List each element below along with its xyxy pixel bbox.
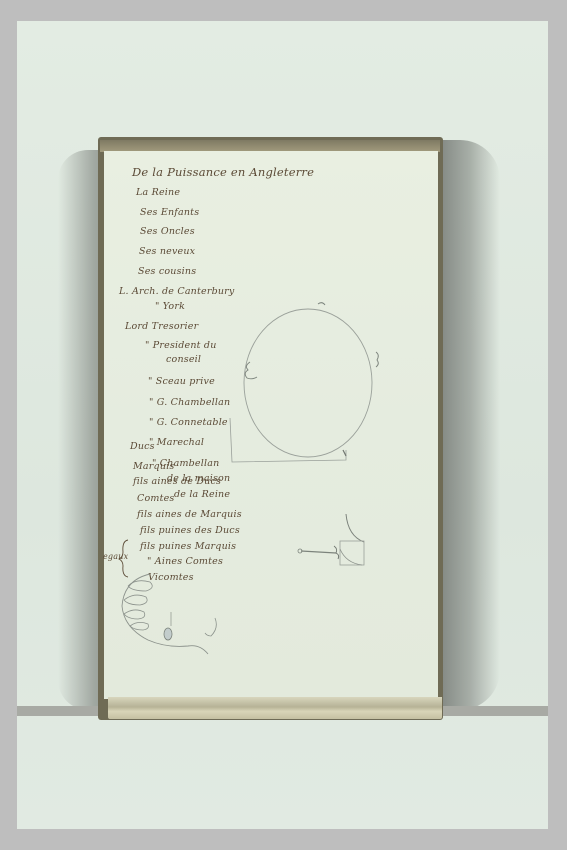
bracket-label: egaux	[103, 552, 128, 561]
handwritten-line: Ses Oncles	[140, 226, 195, 237]
handwritten-line: " Sceau prive	[148, 376, 215, 387]
handwritten-line: " G. Connetable	[149, 417, 228, 428]
handwritten-line: Vicomtes	[148, 572, 194, 583]
handwritten-line: Ses cousins	[138, 266, 196, 277]
handwritten-line: L. Arch. de Canterbury	[119, 286, 235, 297]
page-title: De la Puissance en Angleterre	[132, 165, 314, 179]
handwritten-line: " Marechal	[149, 437, 204, 448]
handwritten-line: " G. Chambellan	[149, 397, 230, 408]
sketchbook-page-stack	[108, 697, 442, 719]
handwritten-line: " President du	[145, 340, 217, 351]
handwritten-line: " York	[155, 301, 185, 312]
handwritten-line: Marquis	[133, 461, 174, 472]
handwritten-line: Ses Enfants	[140, 207, 199, 218]
handwritten-line: Lord Tresorier	[125, 321, 198, 332]
handwritten-line: fils puines Marquis	[140, 541, 236, 552]
handwritten-line: conseil	[166, 354, 201, 365]
handwritten-line: Comtes	[137, 493, 175, 504]
handwritten-line: fils aines de Ducs	[133, 476, 221, 487]
handwritten-line: fils aines de Marquis	[137, 509, 242, 520]
book-shadow-right	[440, 140, 500, 710]
handwritten-line: La Reine	[136, 187, 180, 198]
handwritten-line: fils puines des Ducs	[140, 525, 240, 536]
handwritten-line: Ses neveux	[139, 246, 195, 257]
handwritten-line: Ducs	[130, 441, 155, 452]
handwritten-line: " Aines Comtes	[147, 556, 223, 567]
handwritten-line: de la Reine	[174, 489, 230, 500]
